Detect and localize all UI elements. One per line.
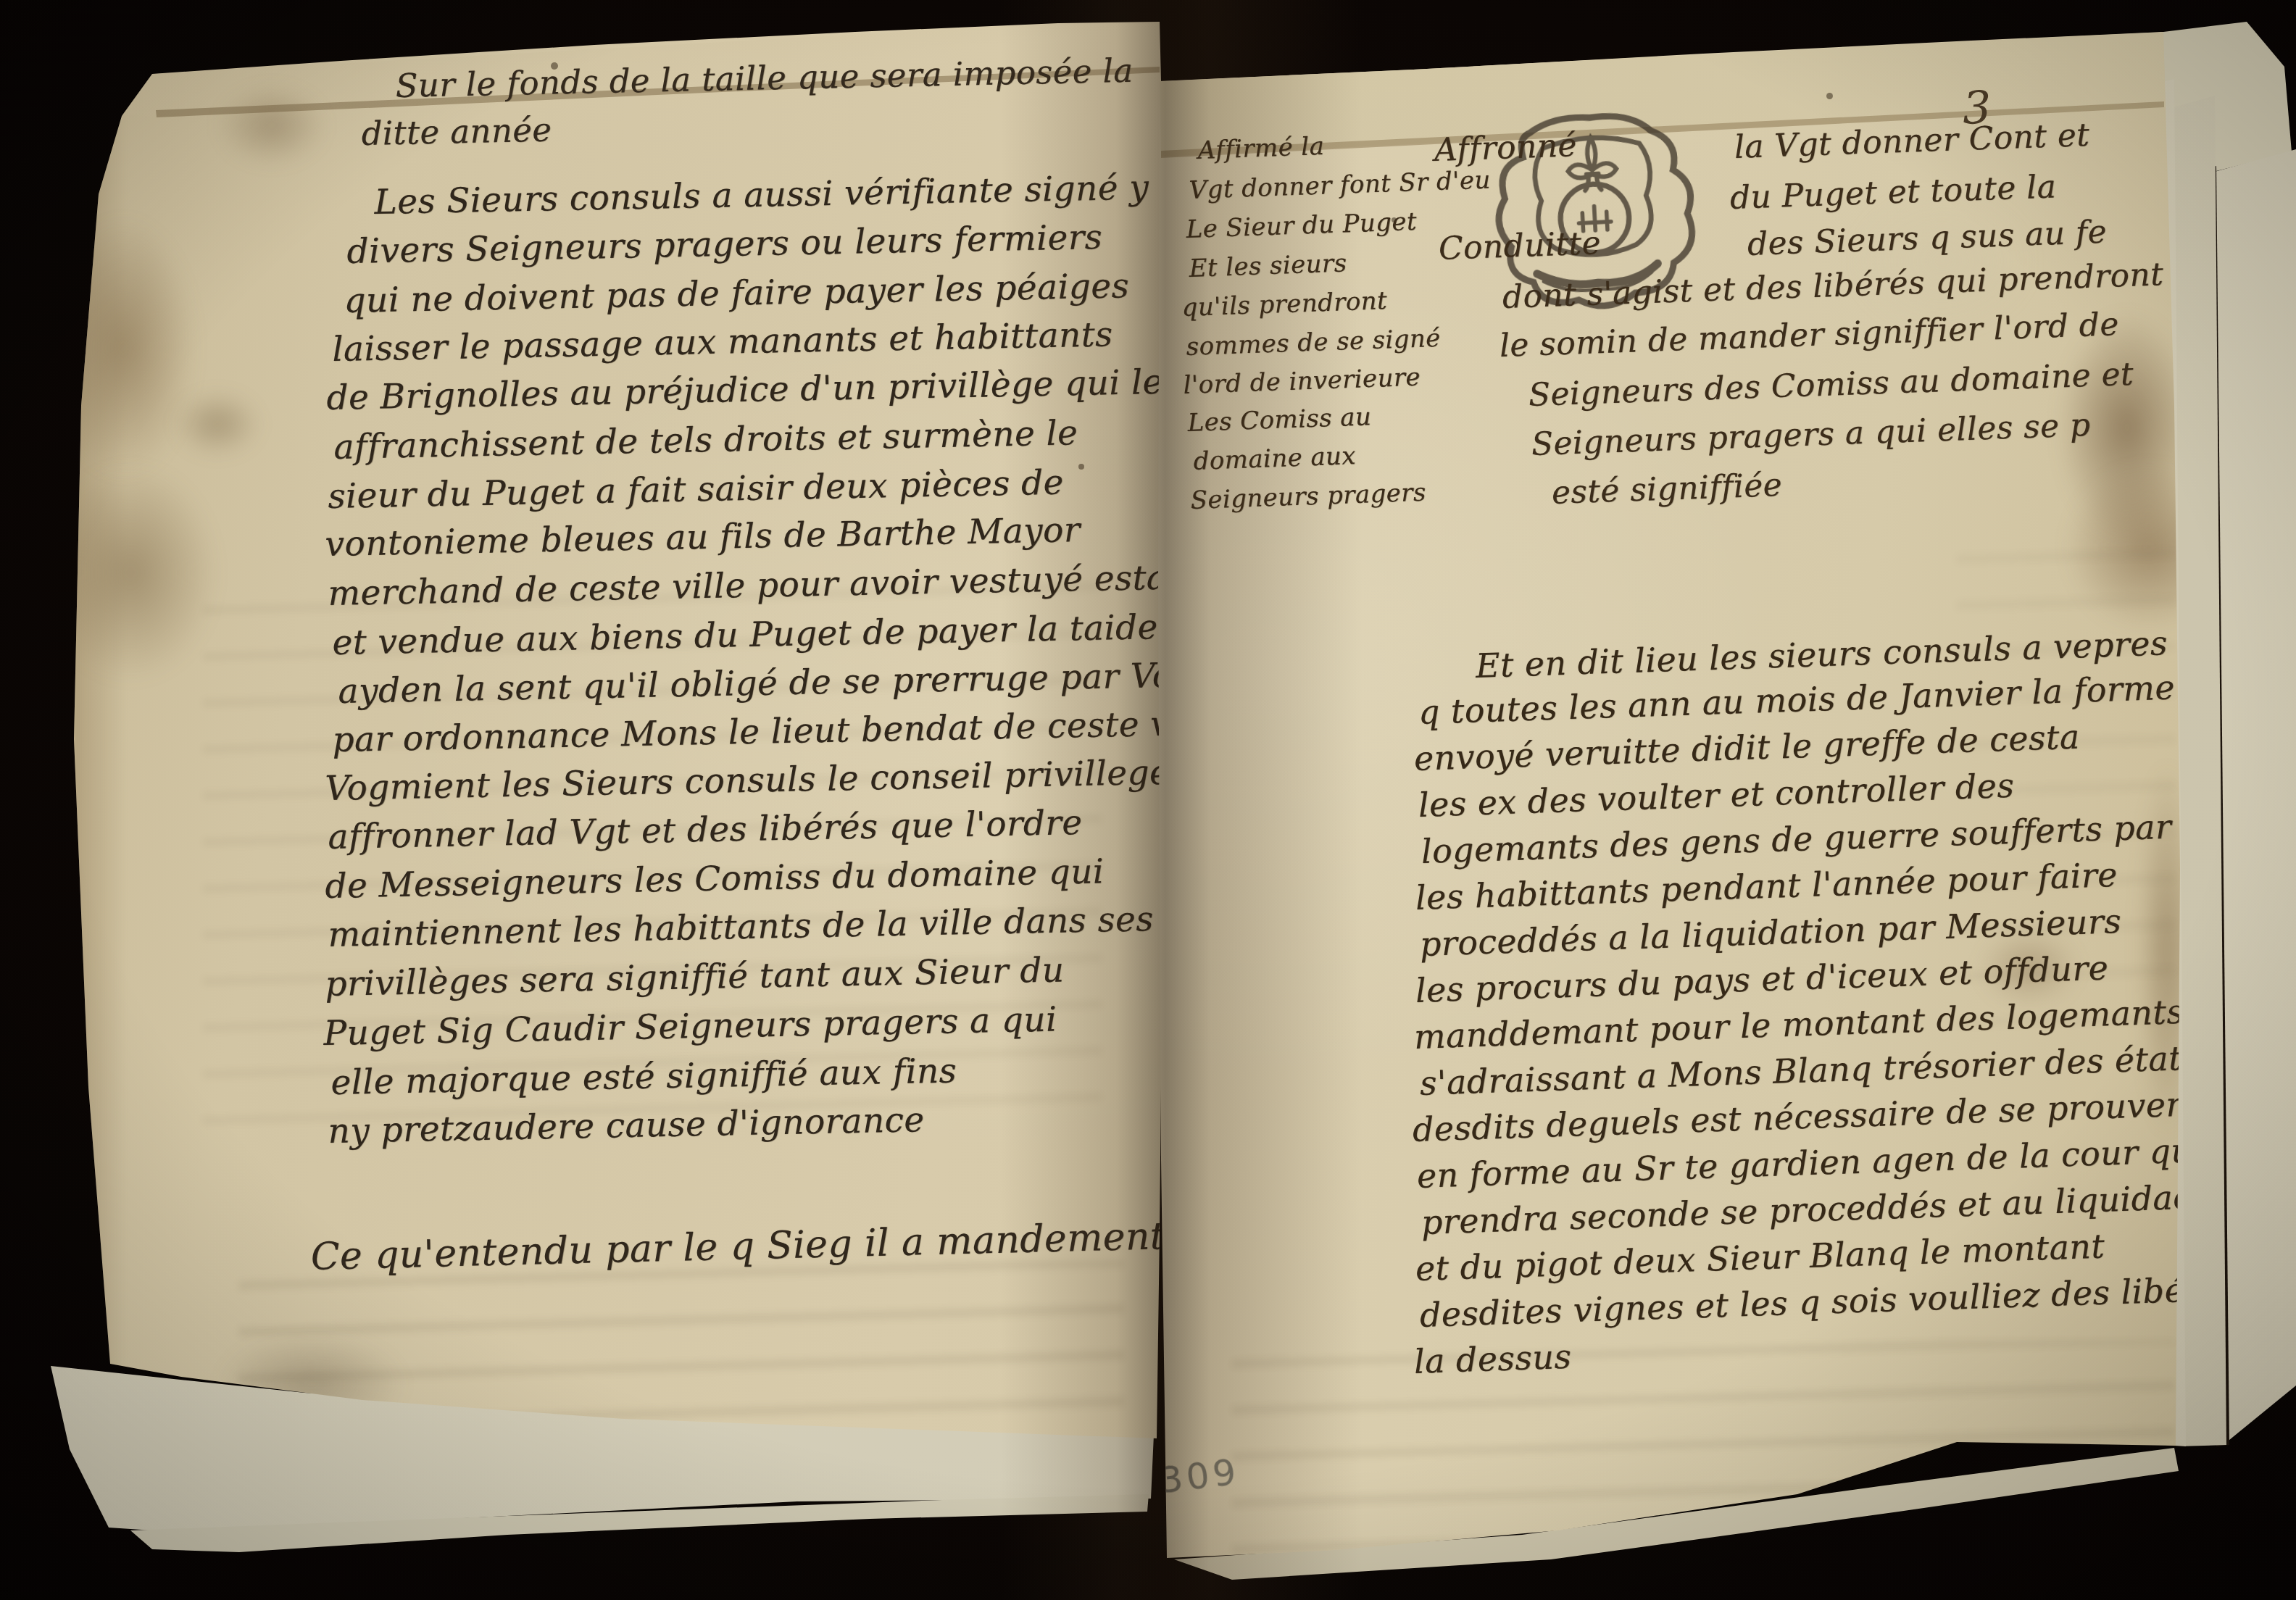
manuscript-scan-background: Sur le fonds de la taille que sera impos… <box>0 0 2296 1600</box>
photo-vignette <box>0 0 2296 1600</box>
